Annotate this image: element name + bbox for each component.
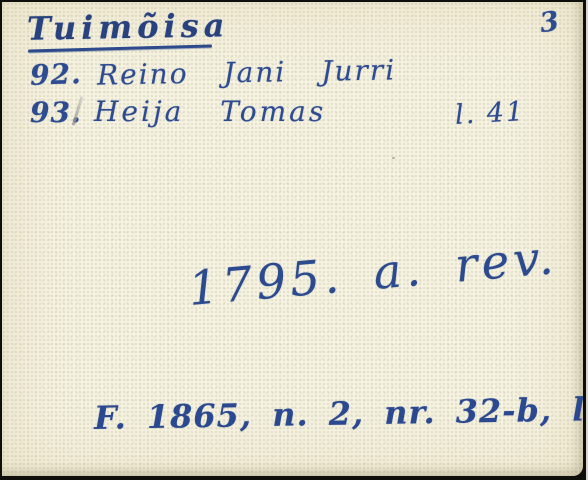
scanned-archive-card-page: Tuimõisa 3 92. Reino Jani Jurri 93. Heij… [0,0,588,480]
paper-speck [392,157,395,159]
card-page-number: 3 [538,6,561,39]
entry-reference-93: l. 41 [454,96,526,131]
entry-number-92: 92. [29,57,82,92]
index-card: Tuimõisa 3 92. Reino Jani Jurri 93. Heij… [2,2,583,476]
revision-year-note: 1795. a. rev. [186,230,559,317]
entry-name-92: Reino Jani Jurri [97,53,397,91]
archival-source-reference: F. 1865, n. 2, nr. 32-b, l. 41 [94,389,583,437]
entry-name-93: Heija Tomas [94,95,326,128]
card-title: Tuimõisa [27,6,230,48]
